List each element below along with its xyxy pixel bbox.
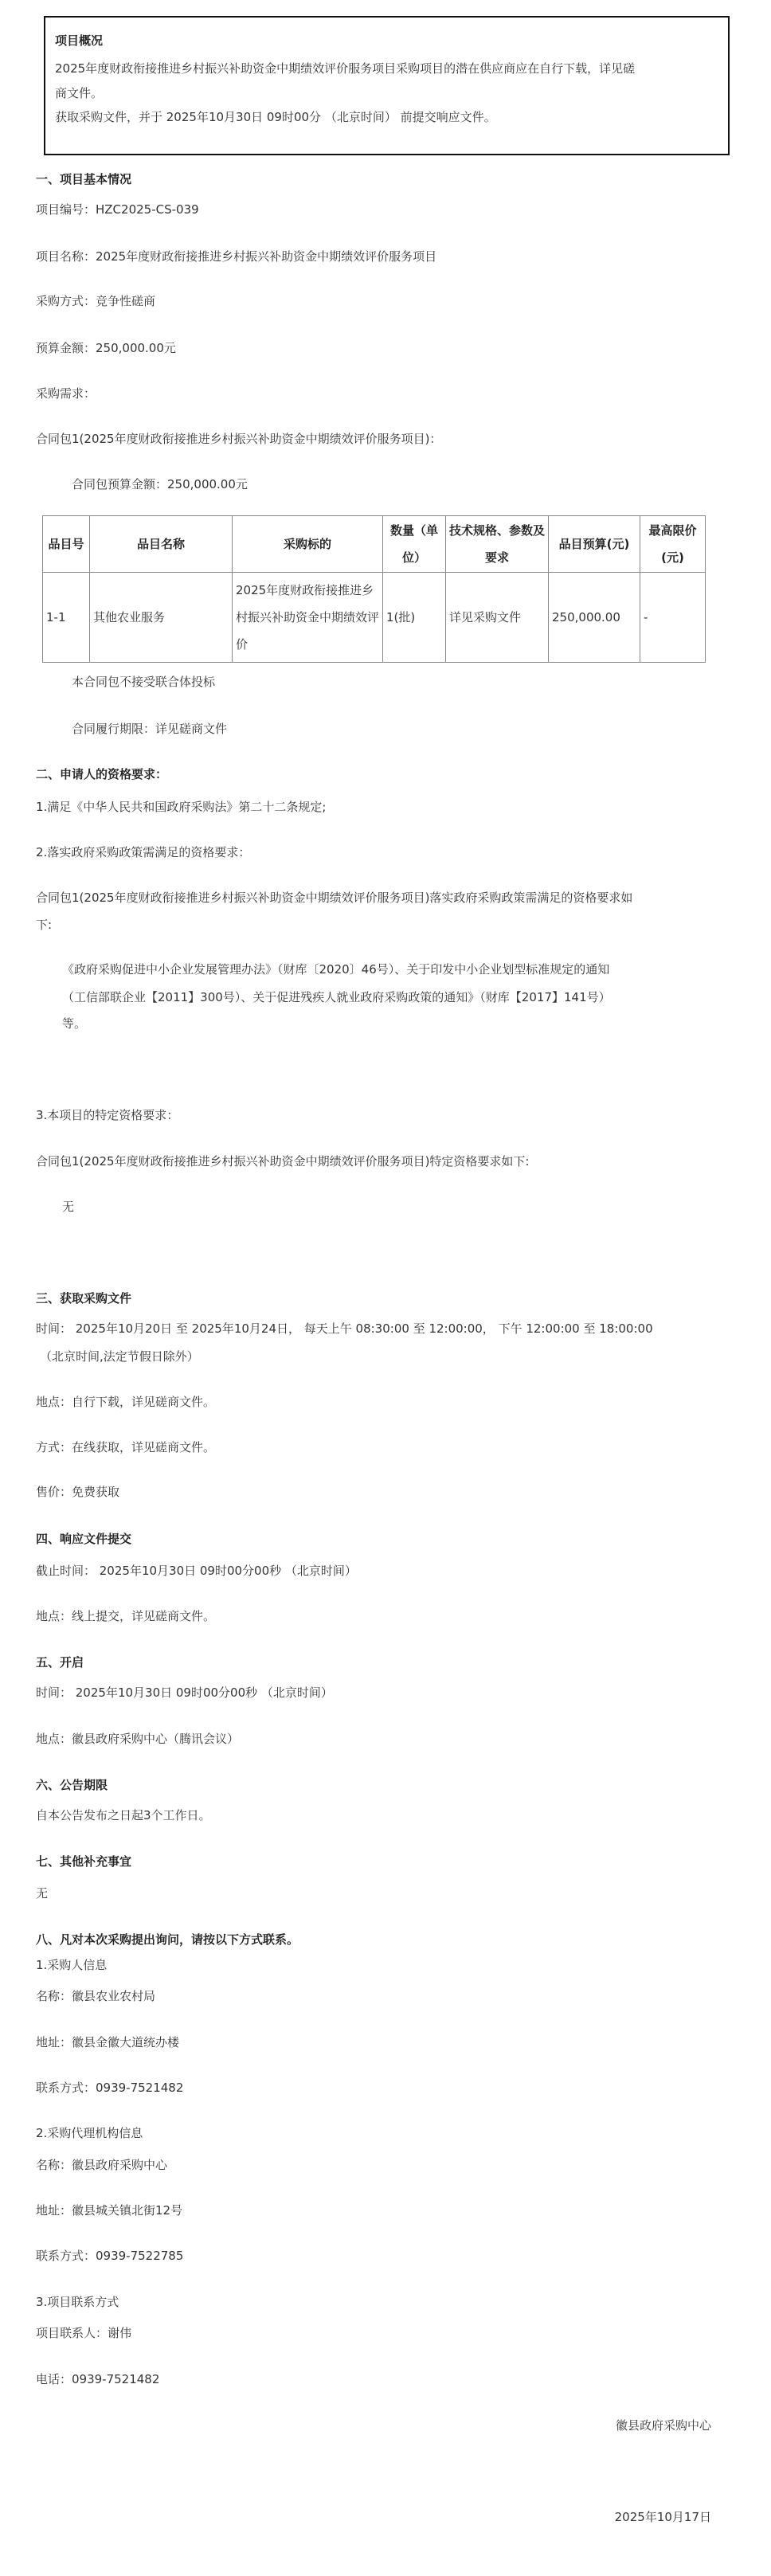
- section-heading-opening: 五、开启: [36, 1653, 84, 1672]
- column-header: 采购标的: [233, 516, 383, 573]
- buyer-info-title: 1.采购人信息: [36, 1955, 107, 1975]
- package-title: 合同包1(2025年度财政衔接推进乡村振兴补助资金中期绩效评价服务项目)：: [36, 429, 441, 448]
- opening-place: 地点：徽县政府采购中心（腾讯会议）: [36, 1729, 239, 1748]
- column-header: 品目预算(元): [549, 516, 640, 573]
- policy-text: （工信部联企业【2011】300号）、关于促进残疾人就业政府采购政策的通知》（财…: [62, 988, 611, 1007]
- table-header-row: 品目号 品目名称 采购标的 数量（单位） 技术规格、参数及要求 品目预算(元) …: [43, 516, 706, 573]
- obtain-method: 方式：在线获取，详见磋商文件。: [36, 1438, 215, 1457]
- contract-term: 合同履行期限：详见磋商文件: [72, 719, 227, 738]
- column-header: 品目名称: [90, 516, 233, 573]
- agency-address: 地址：徽县城关镇北街12号: [36, 2201, 182, 2220]
- section-heading-submission: 四、响应文件提交: [36, 1529, 131, 1548]
- table-cell: 1-1: [43, 573, 90, 663]
- qualification-package-text: 合同包1(2025年度财政衔接推进乡村振兴补助资金中期绩效评价服务项目)特定资格…: [36, 1152, 529, 1171]
- policy-text: 《政府采购促进中小企业发展管理办法》（财库〔2020〕46号）、关于印发中小企业…: [62, 960, 609, 979]
- qualification-item: 2.落实政府采购政策需满足的资格要求：: [36, 843, 250, 862]
- project-contact-phone: 电话：0939-7521482: [36, 2370, 159, 2389]
- procurement-items-table: 品目号 品目名称 采购标的 数量（单位） 技术规格、参数及要求 品目预算(元) …: [42, 515, 706, 663]
- policy-text: 等。: [62, 1014, 86, 1033]
- procurement-method: 采购方式：竞争性磋商: [36, 292, 155, 311]
- table-cell: 详见采购文件: [446, 573, 549, 663]
- project-contact-title: 3.项目联系方式: [36, 2292, 119, 2312]
- specific-qualification-value: 无: [62, 1197, 74, 1216]
- submission-place: 地点：线上提交，详见磋商文件。: [36, 1607, 215, 1626]
- column-header: 技术规格、参数及要求: [446, 516, 549, 573]
- budget-amount: 预算金额：250,000.00元: [36, 339, 176, 358]
- opening-time: 时间： 2025年10月30日 09时00分00秒 （北京时间）: [36, 1683, 333, 1702]
- submission-deadline: 截止时间： 2025年10月30日 09时00分00秒 （北京时间）: [36, 1561, 357, 1580]
- summary-line: 获取采购文件，并于 2025年10月30日 09时00分 （北京时间） 前提交响…: [55, 108, 496, 127]
- agency-info-title: 2.采购代理机构信息: [36, 2124, 143, 2143]
- table-cell: 1(批): [383, 573, 446, 663]
- no-consortium-note: 本合同包不接受联合体投标: [72, 672, 215, 691]
- agency-name: 名称：徽县政府采购中心: [36, 2155, 167, 2175]
- summary-line: 商文件。: [55, 84, 103, 103]
- summary-title: 项目概况: [55, 31, 103, 50]
- project-summary-box: 项目概况 2025年度财政衔接推进乡村振兴补助资金中期绩效评价服务项目采购项目的…: [44, 16, 730, 155]
- qualification-package-text: 下:: [36, 915, 52, 934]
- qualification-item: 1.满足《中华人民共和国政府采购法》第二十二条规定;: [36, 797, 326, 816]
- package-budget: 合同包预算金额：250,000.00元: [72, 475, 248, 494]
- table-cell: 2025年度财政衔接推进乡村振兴补助资金中期绩效评价: [233, 573, 383, 663]
- project-name: 项目名称：2025年度财政衔接推进乡村振兴补助资金中期绩效评价服务项目: [36, 247, 436, 266]
- table-cell: 其他农业服务: [90, 573, 233, 663]
- procurement-demand-label: 采购需求：: [36, 384, 96, 403]
- column-header: 最高限价(元): [640, 516, 706, 573]
- qualification-package-text: 合同包1(2025年度财政衔接推进乡村振兴补助资金中期绩效评价服务项目)落实政府…: [36, 888, 632, 907]
- agency-phone: 联系方式：0939-7522785: [36, 2246, 183, 2265]
- section-heading-basic-info: 一、项目基本情况: [36, 170, 131, 189]
- issuer-signature: 徽县政府采购中心: [616, 2416, 711, 2435]
- table-cell: 250,000.00: [549, 573, 640, 663]
- qualification-item: 3.本项目的特定资格要求：: [36, 1106, 178, 1125]
- section-heading-contacts: 八、凡对本次采购提出询问，请按以下方式联系。: [36, 1930, 299, 1949]
- obtain-place: 地点：自行下载，详见磋商文件。: [36, 1392, 215, 1411]
- table-cell: -: [640, 573, 706, 663]
- buyer-phone: 联系方式：0939-7521482: [36, 2078, 183, 2097]
- project-contact-person: 项目联系人：谢伟: [36, 2323, 131, 2343]
- summary-line: 2025年度财政衔接推进乡村振兴补助资金中期绩效评价服务项目采购项目的潜在供应商…: [55, 59, 635, 78]
- obtain-time: 时间： 2025年10月20日 至 2025年10月24日， 每天上午 08:3…: [36, 1319, 653, 1338]
- section-heading-notice-period: 六、公告期限: [36, 1775, 108, 1795]
- notice-period-text: 自本公告发布之日起3个工作日。: [36, 1806, 211, 1825]
- obtain-time-note: （北京时间,法定节假日除外）: [40, 1347, 199, 1366]
- section-heading-qualifications: 二、申请人的资格要求：: [36, 765, 167, 784]
- column-header: 品目号: [43, 516, 90, 573]
- document-price: 售价：免费获取: [36, 1482, 119, 1501]
- column-header: 数量（单位）: [383, 516, 446, 573]
- table-row: 1-1 其他农业服务 2025年度财政衔接推进乡村振兴补助资金中期绩效评价 1(…: [43, 573, 706, 663]
- project-number: 项目编号：HZC2025-CS-039: [36, 200, 199, 219]
- section-heading-other-matters: 七、其他补充事宜: [36, 1852, 131, 1871]
- issue-date: 2025年10月17日: [615, 2507, 711, 2527]
- section-heading-obtain-documents: 三、获取采购文件: [36, 1289, 131, 1308]
- other-matters-text: 无: [36, 1884, 48, 1903]
- buyer-address: 地址：徽县金徽大道统办楼: [36, 2033, 179, 2052]
- buyer-name: 名称：徽县农业农村局: [36, 1987, 155, 2006]
